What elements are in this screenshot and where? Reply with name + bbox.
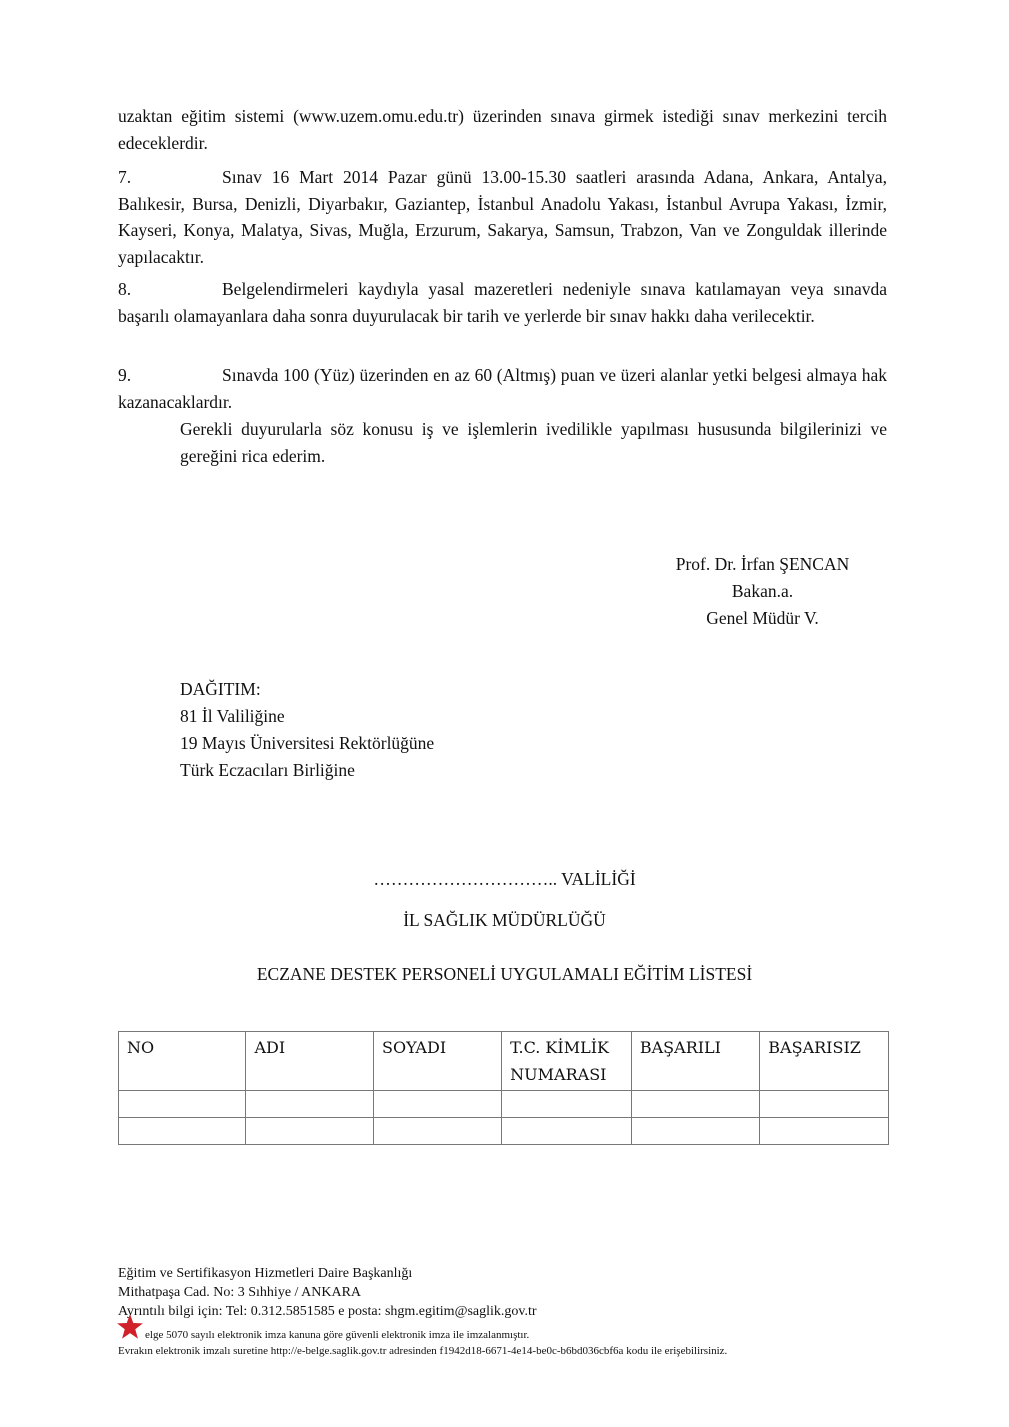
item-number: 8.	[118, 276, 222, 303]
form-title: ECZANE DESTEK PERSONELİ UYGULAMALI EĞİTİ…	[0, 964, 1009, 985]
table-row	[119, 1118, 889, 1145]
footer-contact: Ayrıntılı bilgi için: Tel: 0.312.5851585…	[118, 1303, 537, 1321]
distribution-list: DAĞITIM: 81 İl Valiliğine 19 Mayıs Ünive…	[180, 676, 434, 784]
signature-block: Prof. Dr. İrfan ŞENCAN Bakan.a. Genel Mü…	[640, 551, 885, 632]
column-header-failed: BAŞARISIZ	[760, 1032, 889, 1091]
table-cell	[119, 1118, 246, 1145]
column-header-surname: SOYADI	[374, 1032, 502, 1091]
intro-paragraph: uzaktan eğitim sistemi (www.uzem.omu.edu…	[118, 103, 887, 156]
item-text: Sınavda 100 (Yüz) üzerinden en az 60 (Al…	[118, 365, 887, 412]
item-text: Belgelendirmeleri kaydıyla yasal mazeret…	[118, 279, 887, 326]
item-number: 9.	[118, 362, 222, 389]
directorate-heading: İL SAĞLIK MÜDÜRLÜĞÜ	[0, 910, 1009, 931]
table-header-row: NO ADI SOYADI T.C. KİMLİK NUMARASI BAŞAR…	[119, 1032, 889, 1091]
table-row	[119, 1091, 889, 1118]
footer-address: Mithatpaşa Cad. No: 3 Sıhhiye / ANKARA	[118, 1284, 361, 1302]
table-cell	[246, 1118, 374, 1145]
table-cell	[374, 1091, 502, 1118]
item-7: 7.Sınav 16 Mart 2014 Pazar günü 13.00-15…	[118, 164, 887, 270]
item-text: Sınav 16 Mart 2014 Pazar günü 13.00-15.3…	[118, 167, 887, 267]
training-list-table: NO ADI SOYADI T.C. KİMLİK NUMARASI BAŞAR…	[118, 1031, 889, 1145]
table-cell	[246, 1091, 374, 1118]
table-cell	[502, 1091, 632, 1118]
table-cell	[631, 1091, 759, 1118]
table-cell	[119, 1091, 246, 1118]
column-header-id-number: T.C. KİMLİK NUMARASI	[502, 1032, 632, 1091]
e-signature-notice: elge 5070 sayılı elektronik imza kanuna …	[145, 1328, 529, 1342]
footer-department: Eğitim ve Sertifikasyon Hizmetleri Daire…	[118, 1265, 412, 1283]
table-cell	[760, 1118, 889, 1145]
distribution-item: 19 Mayıs Üniversitesi Rektörlüğüne	[180, 730, 434, 757]
red-star-icon	[116, 1313, 144, 1341]
table-cell	[502, 1118, 632, 1145]
column-header-name: ADI	[246, 1032, 374, 1091]
signatory-title-2: Genel Müdür V.	[640, 605, 885, 632]
signatory-title-1: Bakan.a.	[640, 578, 885, 605]
distribution-heading: DAĞITIM:	[180, 676, 434, 703]
distribution-item: 81 İl Valiliğine	[180, 703, 434, 730]
distribution-item: Türk Eczacıları Birliğine	[180, 757, 434, 784]
column-header-passed: BAŞARILI	[631, 1032, 759, 1091]
table-cell	[760, 1091, 889, 1118]
verification-notice: Evrakın elektronik imzalı suretine http:…	[118, 1344, 727, 1358]
signatory-name: Prof. Dr. İrfan ŞENCAN	[640, 551, 885, 578]
item-number: 7.	[118, 164, 222, 191]
governorship-heading: ………………………….. VALİLİĞİ	[0, 869, 1009, 890]
item-8: 8.Belgelendirmeleri kaydıyla yasal mazer…	[118, 276, 887, 329]
closing-paragraph: Gerekli duyurularla söz konusu iş ve işl…	[180, 416, 887, 469]
item-9: 9.Sınavda 100 (Yüz) üzerinden en az 60 (…	[118, 362, 887, 415]
table-cell	[374, 1118, 502, 1145]
column-header-no: NO	[119, 1032, 246, 1091]
table-cell	[631, 1118, 759, 1145]
